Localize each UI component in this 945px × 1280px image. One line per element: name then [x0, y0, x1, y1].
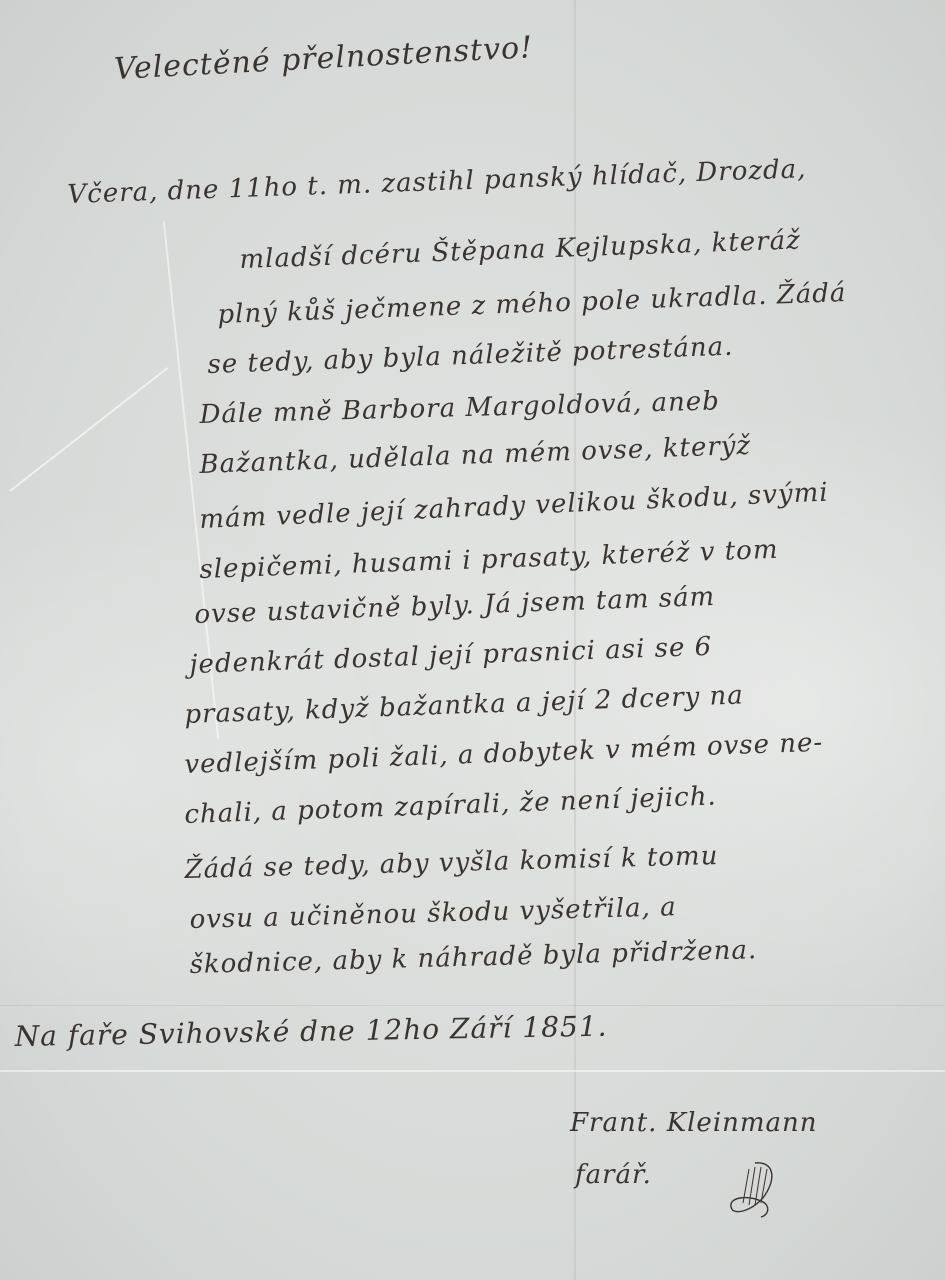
letter-page: Velectěné přelnostenstvo! Včera, dne 11h… — [0, 0, 945, 1280]
body-line: slepičemi, husami i prasaty, kteréž v to… — [199, 535, 779, 585]
body-line: Bažantka, udělala na mém ovse, kterýž — [199, 431, 752, 480]
body-line: mám vedle její zahrady velikou škodu, sv… — [199, 478, 830, 535]
signature-title: farář. — [575, 1160, 652, 1190]
body-line: vedlejším poli žali, a dobytek v mém ovs… — [184, 728, 824, 780]
place-date-line: Na faře Svihovské dne 12ho Září 1851. — [14, 1010, 607, 1053]
body-line: plný kůš ječmene z mého pole ukradla. Žá… — [217, 278, 847, 330]
body-line: ovsu a učiněnou škodu vyšetřila, a — [189, 892, 677, 935]
paper-crease — [9, 367, 168, 492]
body-line: mladší dcéru Štěpana Kejlupska, kteráž — [239, 225, 801, 275]
signature-flourish-icon — [725, 1155, 785, 1225]
body-line: jedenkrát dostal její prasnici asi se 6 — [189, 632, 713, 680]
salutation: Velectěné přelnostenstvo! — [113, 30, 534, 87]
paper-fold-horizontal — [0, 1070, 945, 1072]
signature-name: Frant. Kleinmann — [570, 1108, 818, 1138]
body-line: se tedy, aby byla náležitě potrestána. — [207, 332, 734, 380]
body-line: chali, a potom zapírali, že není jejich. — [184, 781, 717, 830]
body-line: Včera, dne 11ho t. m. zastihl panský hlí… — [67, 154, 807, 210]
body-line: škodnice, aby k náhradě byla přidržena. — [189, 935, 757, 980]
paper-fold-horizontal-faint — [0, 1005, 945, 1006]
body-line: Dále mně Barbora Margoldová, aneb — [199, 386, 720, 430]
body-line: Žádá se tedy, aby vyšla komisí k tomu — [184, 841, 719, 885]
body-line: ovse ustavičně byly. Já jsem tam sám — [194, 582, 716, 630]
body-line: prasaty, když bažantka a její 2 dcery na — [184, 680, 744, 730]
